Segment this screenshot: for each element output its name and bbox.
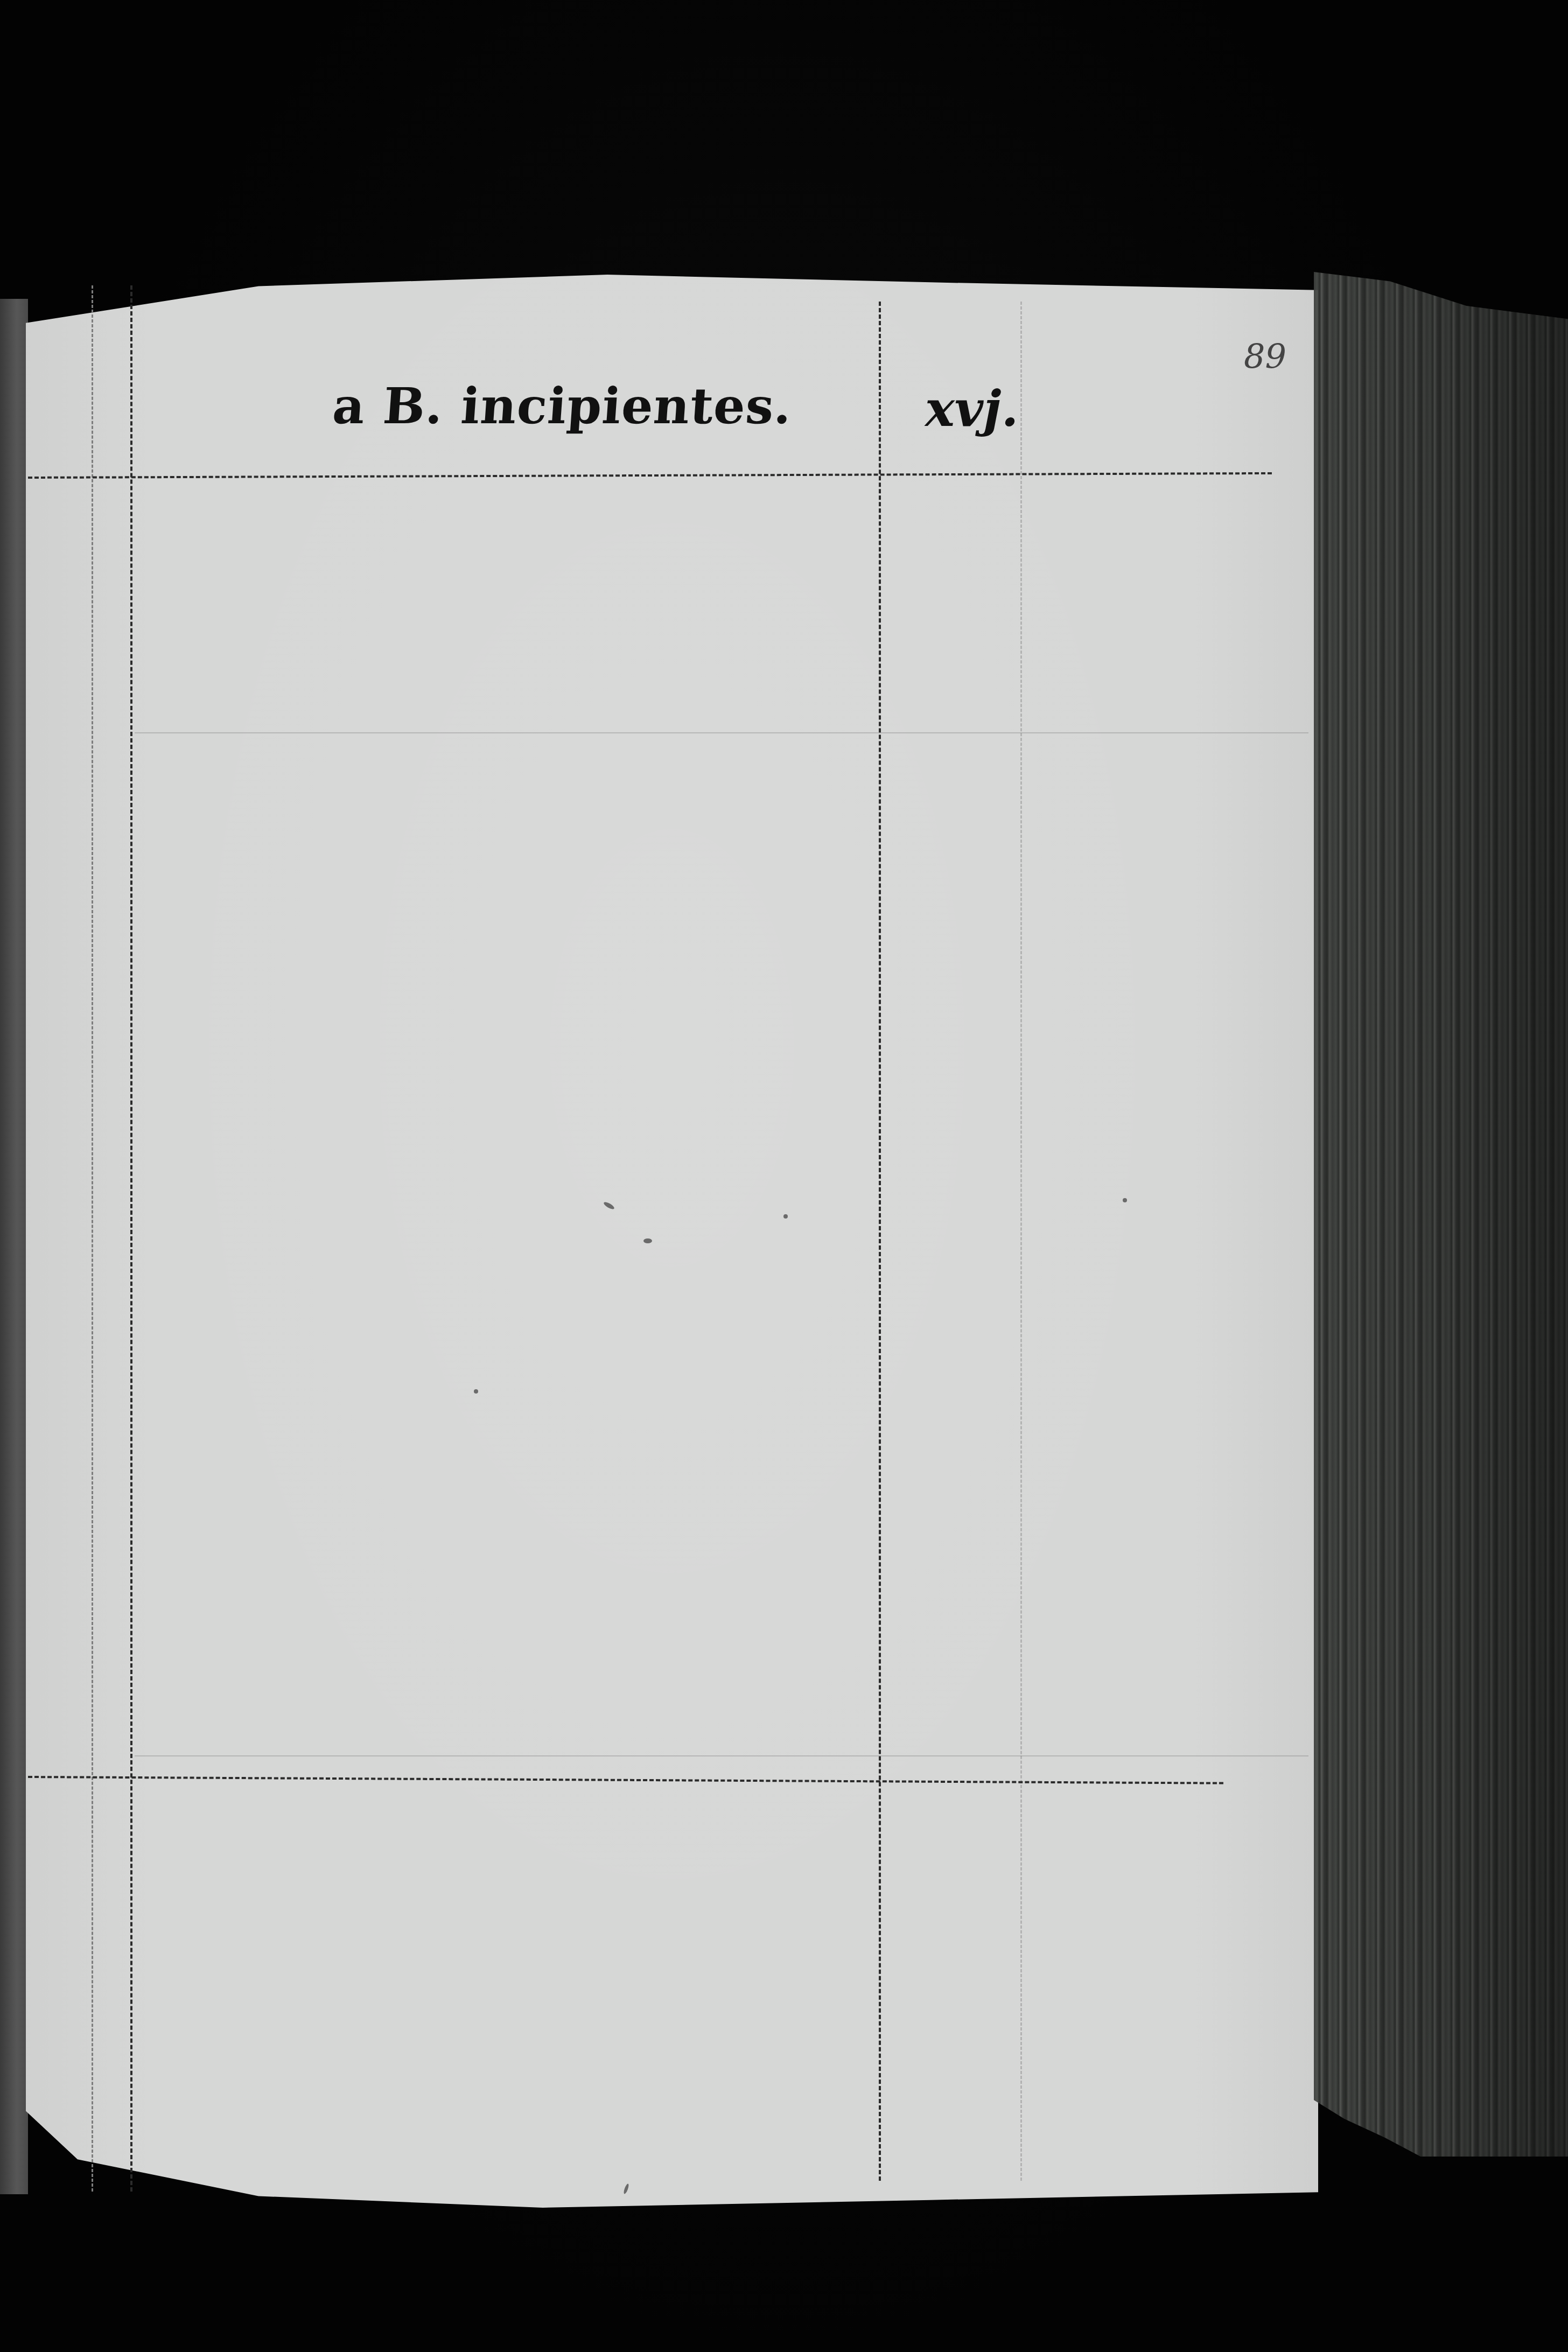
column-divider-ruling xyxy=(879,302,881,2181)
book-page xyxy=(26,275,1318,2208)
right-margin-ruling xyxy=(1020,302,1022,2181)
paper-speck xyxy=(474,1389,478,1394)
verso-page-edge xyxy=(0,299,28,2194)
paper-speck xyxy=(783,1214,788,1219)
leaf-signature: xvj. xyxy=(925,380,1019,438)
paper-speck xyxy=(1123,1198,1127,1202)
faint-guide-line xyxy=(135,1755,1308,1756)
running-head: a B. incipientes. xyxy=(331,377,794,435)
left-outer-ruling xyxy=(92,285,93,2192)
faint-guide-line xyxy=(135,732,1308,733)
book-fore-edge-shadow xyxy=(1314,272,1568,2157)
handwritten-folio-number: 89 xyxy=(1244,337,1286,376)
paper-speck xyxy=(643,1238,652,1243)
left-inner-ruling xyxy=(130,285,132,2192)
